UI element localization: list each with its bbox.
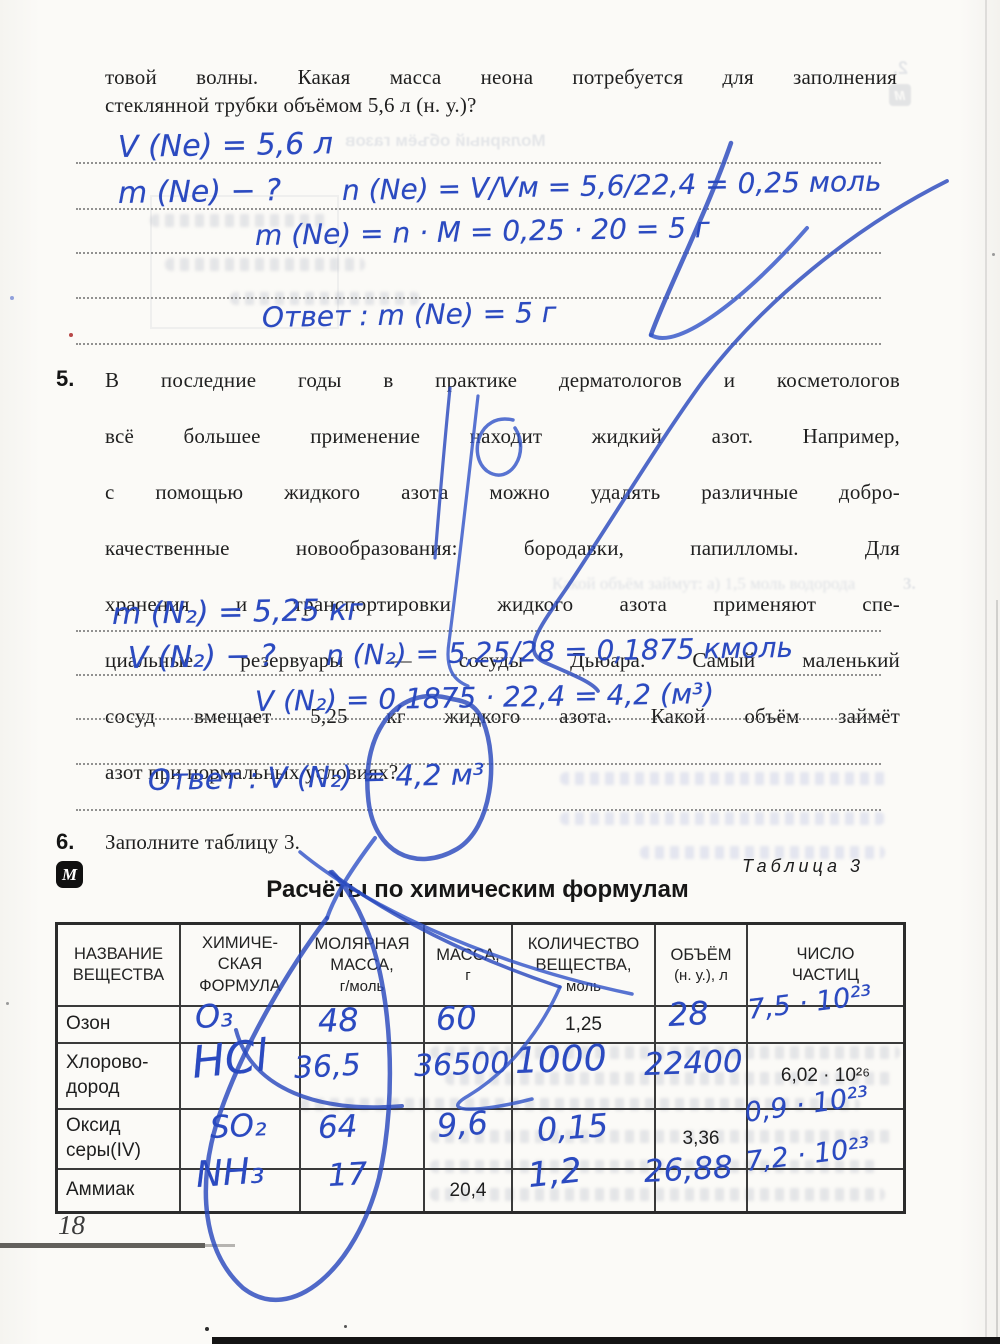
problem5-text-line: всё большее применение находит жидкий аз… (105, 422, 900, 478)
handwritten-table-value: 17 (327, 1156, 368, 1194)
table-title: Расчёты по химическим формулам (55, 876, 900, 904)
problem4-text-line: стеклянной трубки объёмом 5,6 л (н. у.)? (105, 91, 897, 119)
table-value-cell (748, 1170, 903, 1211)
answer-rule (76, 252, 881, 254)
table-header-cell: КОЛИЧЕСТВОВЕЩЕСТВА,моль (513, 925, 656, 1007)
handwritten-table-value: 60 (435, 999, 477, 1038)
table-value-cell: 20,4 (425, 1170, 513, 1211)
problem6-text: Заполните таблицу 3. (105, 828, 300, 856)
table-header-cell: ХИМИЧЕ-СКАЯФОРМУЛА (181, 925, 301, 1007)
table-header-line: МАССА, (330, 955, 393, 976)
table-header-cell: НАЗВАНИЕВЕЩЕСТВА (58, 925, 181, 1007)
handwritten-table-value: 1,2 (526, 1150, 584, 1195)
ghost-reverse-number: 2. (893, 58, 908, 79)
scan-speck (10, 296, 14, 300)
handwritten-table-value: 1000 (514, 1038, 607, 1082)
ghost-facing-text: Какой объём займут: а) 1,5 моль водорода (552, 574, 855, 594)
handwritten-table-value: SO₂ (209, 1107, 267, 1146)
handwritten-solution4-line: m (Ne) = n · M = 0,25 · 20 = 5 г (255, 211, 710, 252)
footer-rule (0, 1243, 205, 1248)
scan-speck (992, 253, 995, 256)
problem6-number: 6. (56, 829, 74, 855)
table-caption: Таблица 3 (742, 856, 864, 877)
table-header-line: ОБЪЁМ (671, 945, 732, 966)
table-header-line: НАЗВАНИЕ (74, 944, 163, 965)
table-header-line: ВЕЩЕСТВА, (536, 955, 632, 976)
scan-speck (6, 1002, 9, 1005)
ghost-showthrough-line (560, 772, 890, 785)
problem5-text-line: В последние годы в практике дерматологов… (105, 366, 900, 422)
table-header-unit: моль (566, 977, 601, 996)
handwritten-solution5-line: V (N₂) − ? (128, 638, 277, 676)
handwritten-table-value: 64 (317, 1109, 358, 1146)
handwritten-table-value: NH₃ (195, 1150, 266, 1196)
table-header-line: МАССА, (436, 945, 499, 966)
handwritten-table-value: 48 (317, 1001, 359, 1040)
handwritten-table-value: 9,6 (436, 1103, 489, 1144)
substance-name-line: дород (66, 1076, 179, 1101)
table-header-line: ЧИСЛО (797, 944, 855, 965)
table-header-unit: г (465, 966, 470, 985)
table-header-cell: МАССА,г (425, 925, 513, 1007)
scan-bottom-strip (212, 1337, 1000, 1344)
problem5-number: 5. (56, 366, 74, 392)
handwritten-solution4-line: m (Ne) − ? (118, 173, 282, 211)
handwritten-solution5-line: m (N₂) = 5,25 кг (112, 593, 364, 632)
handwritten-table-value: 36,5 (293, 1048, 362, 1086)
substance-name-line: Озон (66, 1012, 179, 1037)
handwritten-table-value: 26,88 (643, 1149, 734, 1190)
scan-right-edge-line (996, 600, 998, 1344)
ghost-showthrough-line (560, 812, 885, 825)
ghost-facing-number: 3. (903, 574, 916, 594)
scan-right-crease (985, 0, 987, 1344)
table-header-unit: (н. у.), л (674, 966, 728, 985)
handwritten-solution4-line: V (Ne) = 5,6 л (118, 126, 334, 165)
handwritten-table-value: O₃ (194, 996, 234, 1036)
table-header-line: СКАЯ (218, 954, 262, 975)
handwritten-solution4-line: Ответ : m (Ne) = 5 г (262, 296, 557, 334)
handwritten-solution5-line: Ответ : V (N₂) = 4,2 м³ (148, 757, 485, 797)
problem5-text-line: с помощью жидкого азота можно удалять ра… (105, 478, 900, 534)
table-header-line: МОЛЯРНАЯ (315, 934, 410, 955)
scan-speck (69, 333, 73, 337)
table-header-cell: МОЛЯРНАЯМАССА,г/моль (301, 925, 425, 1007)
handwritten-table-value: 0,15 (536, 1106, 610, 1149)
table-header-line: ФОРМУЛА (199, 976, 281, 997)
handwritten-table-value: 22400 (643, 1044, 743, 1083)
page-number: 18 (58, 1210, 85, 1241)
table-header-unit: г/моль (340, 977, 385, 996)
table-header-line: ВЕЩЕСТВА (73, 965, 164, 986)
scan-speck (205, 1327, 209, 1331)
footer-rule-faded (205, 1244, 235, 1247)
handwritten-table-value: 28 (667, 994, 710, 1034)
substance-name-line: Аммиак (66, 1178, 179, 1203)
workbook-page: Молярный объём газов 2. М Какой объём за… (0, 0, 1000, 1344)
substance-name-cell: Хлорово-дород (58, 1044, 181, 1110)
handwritten-table-value: HCl (189, 1030, 270, 1089)
substance-name-line: Оксид (66, 1114, 179, 1139)
ghost-showthrough-line (165, 258, 365, 271)
substance-name-cell: Аммиак (58, 1170, 181, 1211)
substance-name-cell: Озон (58, 1007, 181, 1044)
answer-rule (76, 343, 881, 345)
scan-speck (344, 1325, 347, 1328)
substance-name-cell: Оксидсеры(IV) (58, 1110, 181, 1170)
substance-name-line: серы(IV) (66, 1139, 179, 1164)
answer-rule (76, 809, 881, 811)
ghost-reverse-title: Молярный объём газов (345, 131, 546, 151)
substance-name-line: Хлорово- (66, 1051, 179, 1076)
answer-rule (76, 718, 881, 720)
ghost-reverse-marker-icon: М (889, 84, 911, 106)
handwritten-solution4-line: n (Ne) = V/Vм = 5,6/22,4 = 0,25 моль (342, 165, 882, 207)
table-header-line: КОЛИЧЕСТВО (528, 934, 640, 955)
table-header-line: ХИМИЧЕ- (202, 933, 278, 954)
handwritten-table-value: 36500 (413, 1046, 510, 1084)
